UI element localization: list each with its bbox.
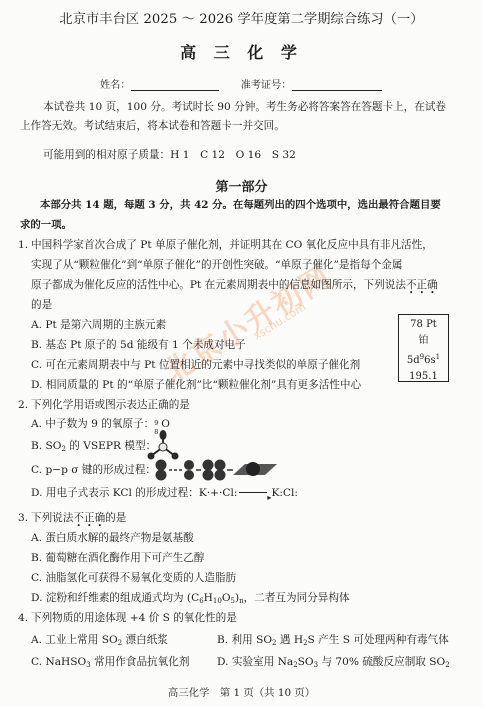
name-label: 姓名： xyxy=(100,76,131,91)
instructions-line-1: 本试卷共 10 页，100 分。考试时长 90 分钟。考生务必将答案答在答题卡上… xyxy=(43,98,446,117)
option-d[interactable]: D. 用电子式表示 KCl 的形成过程：K·+·Cl:▸K:Cl: xyxy=(31,484,298,503)
option-c[interactable]: C. 油脂氢化可获得不易氧化变质的人造脂肪 xyxy=(31,569,236,588)
page-footer: 高三化学 第 1 页（共 10 页） xyxy=(0,684,483,699)
section-intro-line-1: 本部分共 14 题，每题 3 分，共 42 分。在每题列出的四个选项中，选出最符… xyxy=(40,196,441,215)
question-number: 3. xyxy=(18,509,28,528)
option-a[interactable]: A. Pt 是第六周期的主族元素 xyxy=(31,316,166,335)
option-a[interactable]: A. 蛋白质水解的最终产物是氨基酸 xyxy=(31,529,194,548)
question-stem: 下列化学用语或图示表达正确的是 xyxy=(31,396,190,415)
section-title: 第一部分 xyxy=(0,176,483,195)
option-b[interactable]: B. 基态 Pt 原子的 5d 能级有 1 个未成对电子 xyxy=(31,336,246,355)
name-field[interactable] xyxy=(131,81,219,91)
option-b[interactable]: B. 葡萄糖在酒化酶作用下可产生乙醇 xyxy=(31,549,204,568)
option-c[interactable]: C. 可在元素周期表中与 Pt 位置相近的元素中寻找类似的单原子催化剂 xyxy=(31,356,360,375)
question-stem-line: 的是 xyxy=(31,296,52,315)
option-c[interactable]: C. NaHSO3 常用作食品抗氧化剂 xyxy=(31,653,189,675)
option-d[interactable]: D. 相同质量的 Pt 的“单原子催化剂”比“颗粒催化剂”具有更多活性中心 xyxy=(31,376,361,395)
exam-title: 北京市丰台区 2025 ～ 2026 学年度第二学期综合练习（一） xyxy=(0,8,483,27)
question-stem-line: 中国科学家首次合成了 Pt 单原子催化剂，并证明其在 CO 氧化反应中具有非凡活… xyxy=(31,236,433,255)
question-stem: 下列说法不正确的是 xyxy=(31,509,126,528)
question-stem-line: 原子都成为催化反应的活性中心。Pt 在元素周期表中的信息如图所示，下列说法不正确 xyxy=(31,276,438,295)
option-b[interactable]: B. 利用 SO2 遇 H2S 产生 S 可处理两种有毒气体 xyxy=(217,631,449,653)
element-info-box: 78 Pt 铂 5d96s1 195.1 xyxy=(398,314,449,382)
atomic-mass: 195.1 xyxy=(399,369,448,385)
question-number: 1. xyxy=(18,236,28,255)
option-d[interactable]: D. 淀粉和纤维素的组成通式均为 (C6H10O5)n，二者互为同分异构体 xyxy=(31,589,350,611)
question-stem-line: 实现了从“颗粒催化”到“单原子催化”的开创性突破。“单原子催化”是指每个金属 xyxy=(31,256,403,275)
watermark-url: xschu.com xyxy=(251,300,308,342)
atomic-masses: 可能用到的相对原子质量：H 1 C 12 O 16 S 32 xyxy=(43,146,296,165)
electron-config: 5d96s1 xyxy=(399,349,448,369)
option-a[interactable]: A. 工业上常用 SO2 漂白纸浆 xyxy=(31,631,168,653)
vsepr-model-image xyxy=(146,428,180,462)
option-d[interactable]: D. 实验室用 Na2SO3 与 70% 硫酸反应制取 SO2 xyxy=(217,653,450,675)
p-p-sigma-bond-image xyxy=(153,458,278,482)
question-stem: 下列物质的用途体现 +4 价 S 的氧化性的是 xyxy=(31,609,237,628)
option-b[interactable]: B. SO2 的 VSEPR 模型： xyxy=(31,437,156,459)
element-number-symbol: 78 Pt xyxy=(399,317,448,333)
emphasis-text: 不正确 xyxy=(406,279,438,291)
instructions-line-2: 上作答无效。考试结束后，将本试卷和答题卡一并交回。 xyxy=(20,117,285,136)
question-number: 2. xyxy=(18,396,28,415)
subject-title: 高 三 化 学 xyxy=(0,40,483,63)
element-name: 铂 xyxy=(399,333,448,349)
question-number: 4. xyxy=(18,609,28,628)
section-intro-line-2: 求的一项。 xyxy=(20,216,72,235)
option-c[interactable]: C. p−p σ 键的形成过程： xyxy=(31,461,156,480)
id-label: 准考证号： xyxy=(241,76,292,91)
id-field[interactable] xyxy=(292,81,382,91)
student-info-fields: 姓名： 准考证号： xyxy=(100,76,382,91)
